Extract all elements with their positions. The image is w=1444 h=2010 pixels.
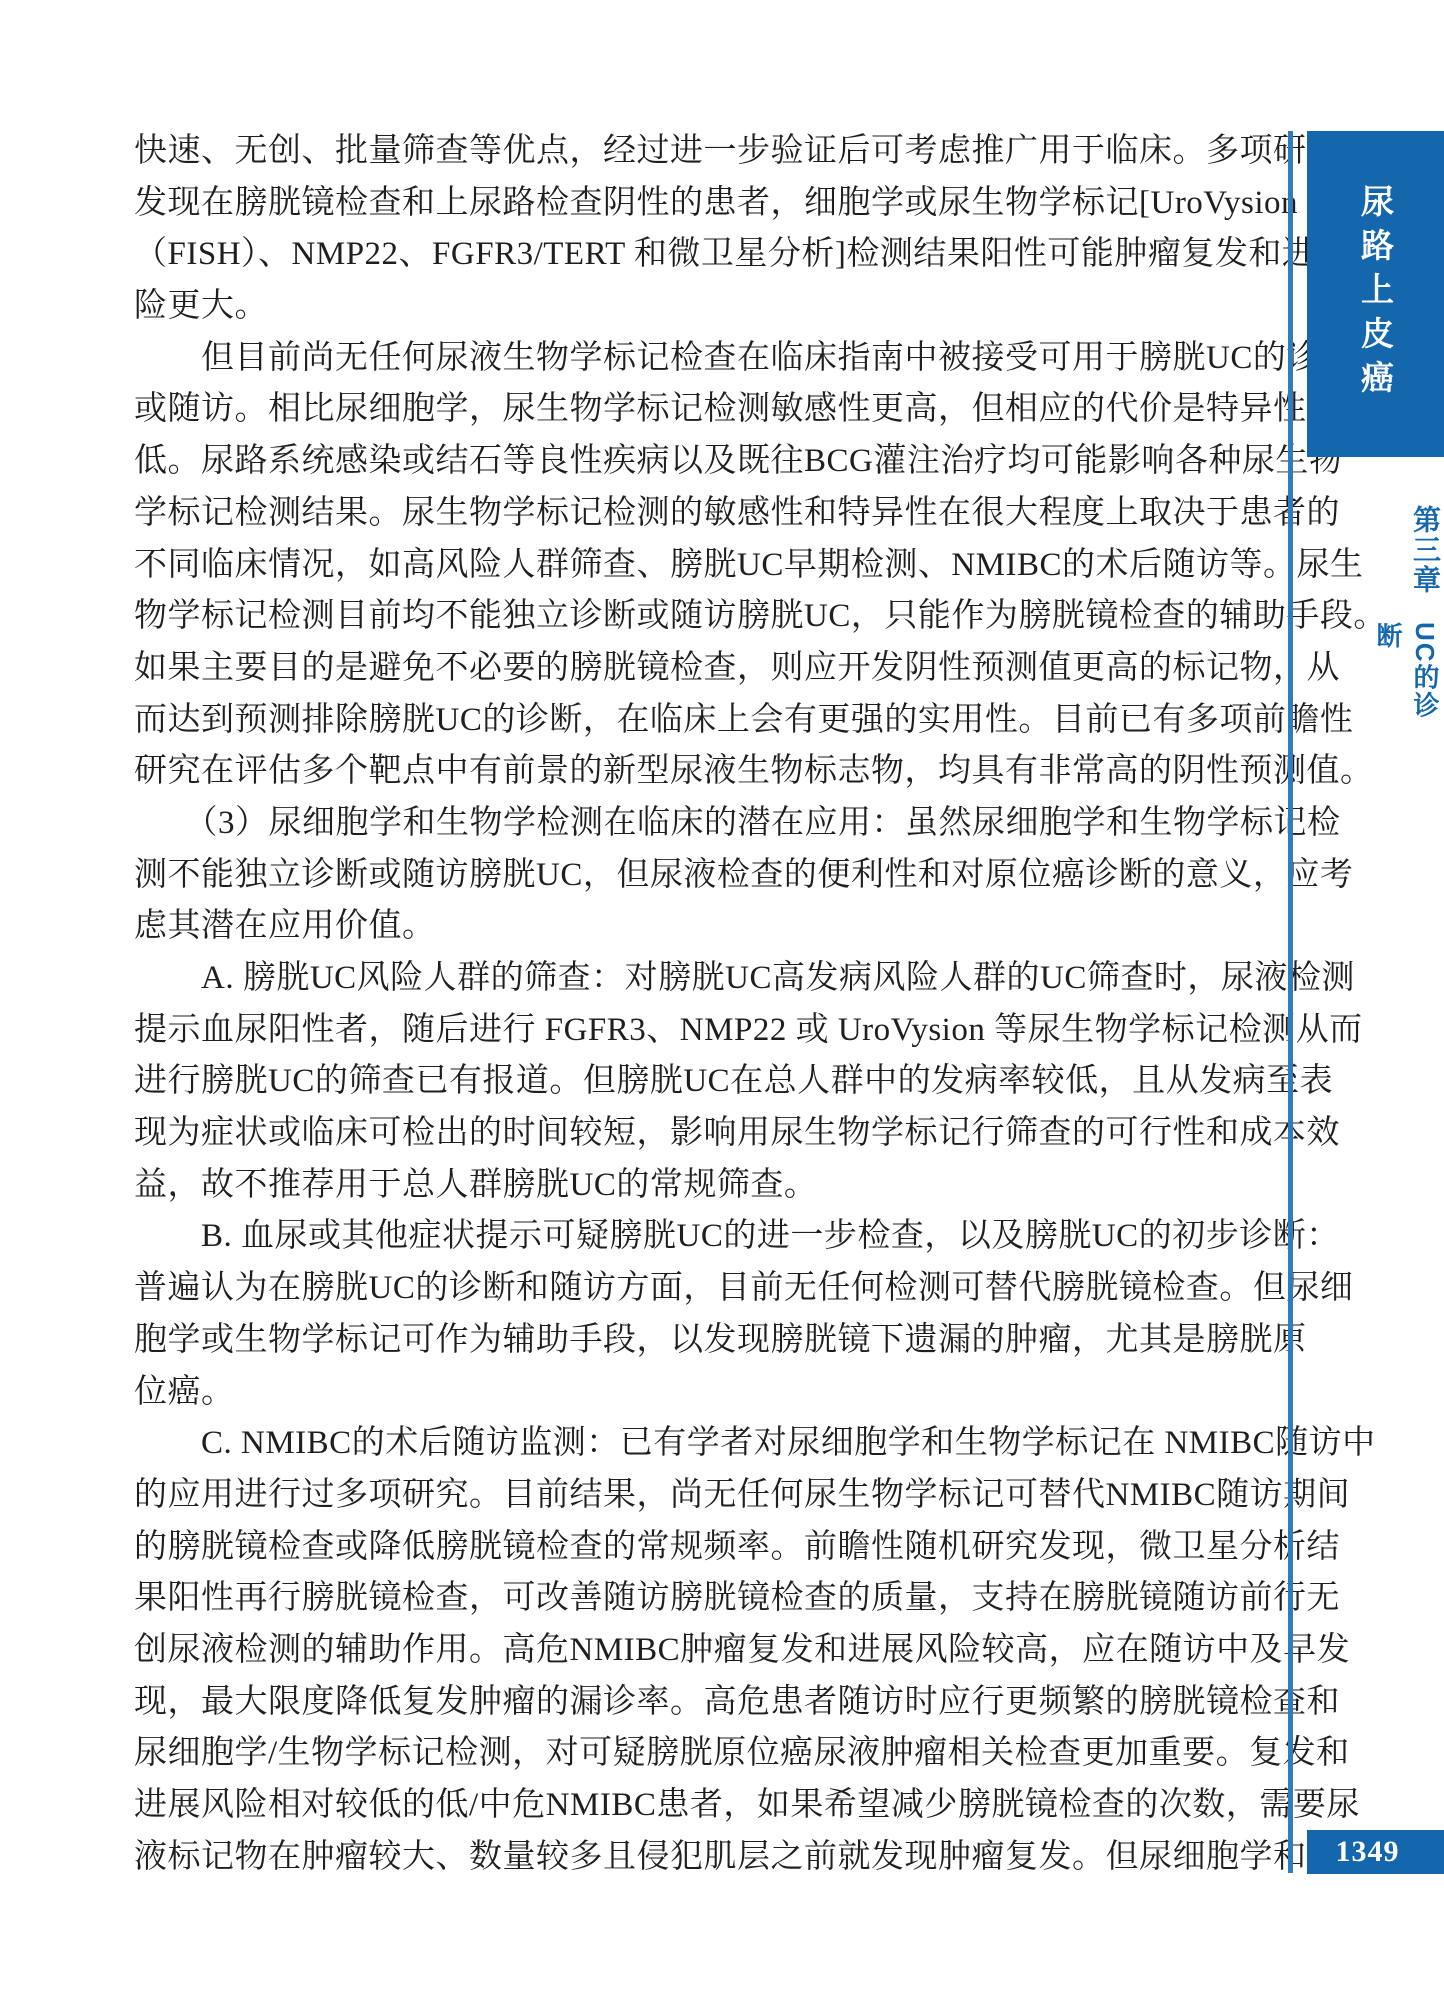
sidebar-tab-label: 尿路上皮癌 bbox=[1352, 184, 1399, 404]
text-line: 测不能独立诊断或随访膀胱UC，但尿液检查的便利性和对原位癌诊断的意义，应考 bbox=[134, 850, 1204, 902]
text-line: 现为症状或临床可检出的时间较短，影响用尿生物学标记行筛查的可行性和成本效 bbox=[134, 1108, 1204, 1160]
text-line: 快速、无创、批量筛查等优点，经过进一步验证后可考虑推广用于临床。多项研究 bbox=[134, 126, 1204, 178]
body-text: 快速、无创、批量筛查等优点，经过进一步验证后可考虑推广用于临床。多项研究发现在膀… bbox=[134, 126, 1204, 1883]
text-line: （FISH）、NMP22、FGFR3/TERT 和微卫星分析]检测结果阳性可能肿… bbox=[134, 229, 1204, 281]
page-number: 1349 bbox=[1336, 1835, 1400, 1869]
text-line: 的膀胱镜检查或降低膀胱镜检查的常规频率。前瞻性随机研究发现，微卫星分析结 bbox=[134, 1522, 1204, 1574]
text-line: 低。尿路系统感染或结石等良性疾病以及既往BCG灌注治疗均可能影响各种尿生物 bbox=[134, 436, 1204, 488]
text-line: 不同临床情况，如高风险人群筛查、膀胱UC早期检测、NMIBC的术后随访等。尿生 bbox=[134, 540, 1204, 592]
text-line: （3）尿细胞学和生物学检测在临床的潜在应用：虽然尿细胞学和生物学标记检 bbox=[134, 798, 1204, 850]
page-number-box: 1349 bbox=[1307, 1830, 1444, 1874]
text-line: 液标记物在肿瘤较大、数量较多且侵犯肌层之前就发现肿瘤复发。但尿细胞学和当 bbox=[134, 1832, 1204, 1884]
sidebar-tab: 尿路上皮癌 bbox=[1307, 131, 1444, 457]
text-line: 尿细胞学/生物学标记检测，对可疑膀胱原位癌尿液肿瘤相关检查更加重要。复发和 bbox=[134, 1728, 1204, 1780]
chapter-label: 第三章 bbox=[1307, 500, 1444, 600]
text-line: 研究在评估多个靶点中有前景的新型尿液生物标志物，均具有非常高的阴性预测值。 bbox=[134, 746, 1204, 798]
book-page: 快速、无创、批量筛查等优点，经过进一步验证后可考虑推广用于临床。多项研究发现在膀… bbox=[0, 0, 1444, 2010]
text-line: 现，最大限度降低复发肿瘤的漏诊率。高危患者随访时应行更频繁的膀胱镜检查和 bbox=[134, 1677, 1204, 1729]
text-line: C. NMIBC的术后随访监测：已有学者对尿细胞学和生物学标记在 NMIBC随访… bbox=[134, 1418, 1204, 1470]
text-line: A. 膀胱UC风险人群的筛查：对膀胱UC高发病风险人群的UC筛查时，尿液检测 bbox=[134, 953, 1204, 1005]
text-line: 如果主要目的是避免不必要的膀胱镜检查，则应开发阴性预测值更高的标记物，从 bbox=[134, 643, 1204, 695]
text-line: 的应用进行过多项研究。目前结果，尚无任何尿生物学标记可替代NMIBC随访期间 bbox=[134, 1470, 1204, 1522]
text-line: 普遍认为在膀胱UC的诊断和随访方面，目前无任何检测可替代膀胱镜检查。但尿细 bbox=[134, 1263, 1204, 1315]
text-line: 学标记检测结果。尿生物学标记检测的敏感性和特异性在很大程度上取决于患者的 bbox=[134, 488, 1204, 540]
text-line: 进行膀胱UC的筛查已有报道。但膀胱UC在总人群中的发病率较低，且从发病至表 bbox=[134, 1056, 1204, 1108]
text-line: 益，故不推荐用于总人群膀胱UC的常规筛查。 bbox=[134, 1160, 1204, 1212]
text-line: B. 血尿或其他症状提示可疑膀胱UC的进一步检查，以及膀胱UC的初步诊断： bbox=[134, 1211, 1204, 1263]
text-line: 或随访。相比尿细胞学，尿生物学标记检测敏感性更高，但相应的代价是特异性更 bbox=[134, 384, 1204, 436]
text-line: 提示血尿阳性者，随后进行 FGFR3、NMP22 或 UroVysion 等尿生… bbox=[134, 1005, 1204, 1057]
text-line: 险更大。 bbox=[134, 281, 1204, 333]
section-label: UC的诊断 bbox=[1307, 622, 1444, 742]
text-line: 创尿液检测的辅助作用。高危NMIBC肿瘤复发和进展风险较高，应在随访中及早发 bbox=[134, 1625, 1204, 1677]
sidebar-rule bbox=[1288, 131, 1293, 1873]
text-line: 但目前尚无任何尿液生物学标记检查在临床指南中被接受可用于膀胱UC的诊断 bbox=[134, 333, 1204, 385]
text-line: 果阳性再行膀胱镜检查，可改善随访膀胱镜检查的质量，支持在膀胱镜随访前行无 bbox=[134, 1573, 1204, 1625]
text-line: 进展风险相对较低的低/中危NMIBC患者，如果希望减少膀胱镜检查的次数，需要尿 bbox=[134, 1780, 1204, 1832]
text-line: 虑其潜在应用价值。 bbox=[134, 901, 1204, 953]
text-line: 位癌。 bbox=[134, 1367, 1204, 1419]
text-line: 胞学或生物学标记可作为辅助手段，以发现膀胱镜下遗漏的肿瘤，尤其是膀胱原 bbox=[134, 1315, 1204, 1367]
text-line: 而达到预测排除膀胱UC的诊断，在临床上会有更强的实用性。目前已有多项前瞻性 bbox=[134, 695, 1204, 747]
text-line: 发现在膀胱镜检查和上尿路检查阴性的患者，细胞学或尿生物学标记[UroVysion bbox=[134, 178, 1204, 230]
text-line: 物学标记检测目前均不能独立诊断或随访膀胱UC，只能作为膀胱镜检查的辅助手段。 bbox=[134, 591, 1204, 643]
